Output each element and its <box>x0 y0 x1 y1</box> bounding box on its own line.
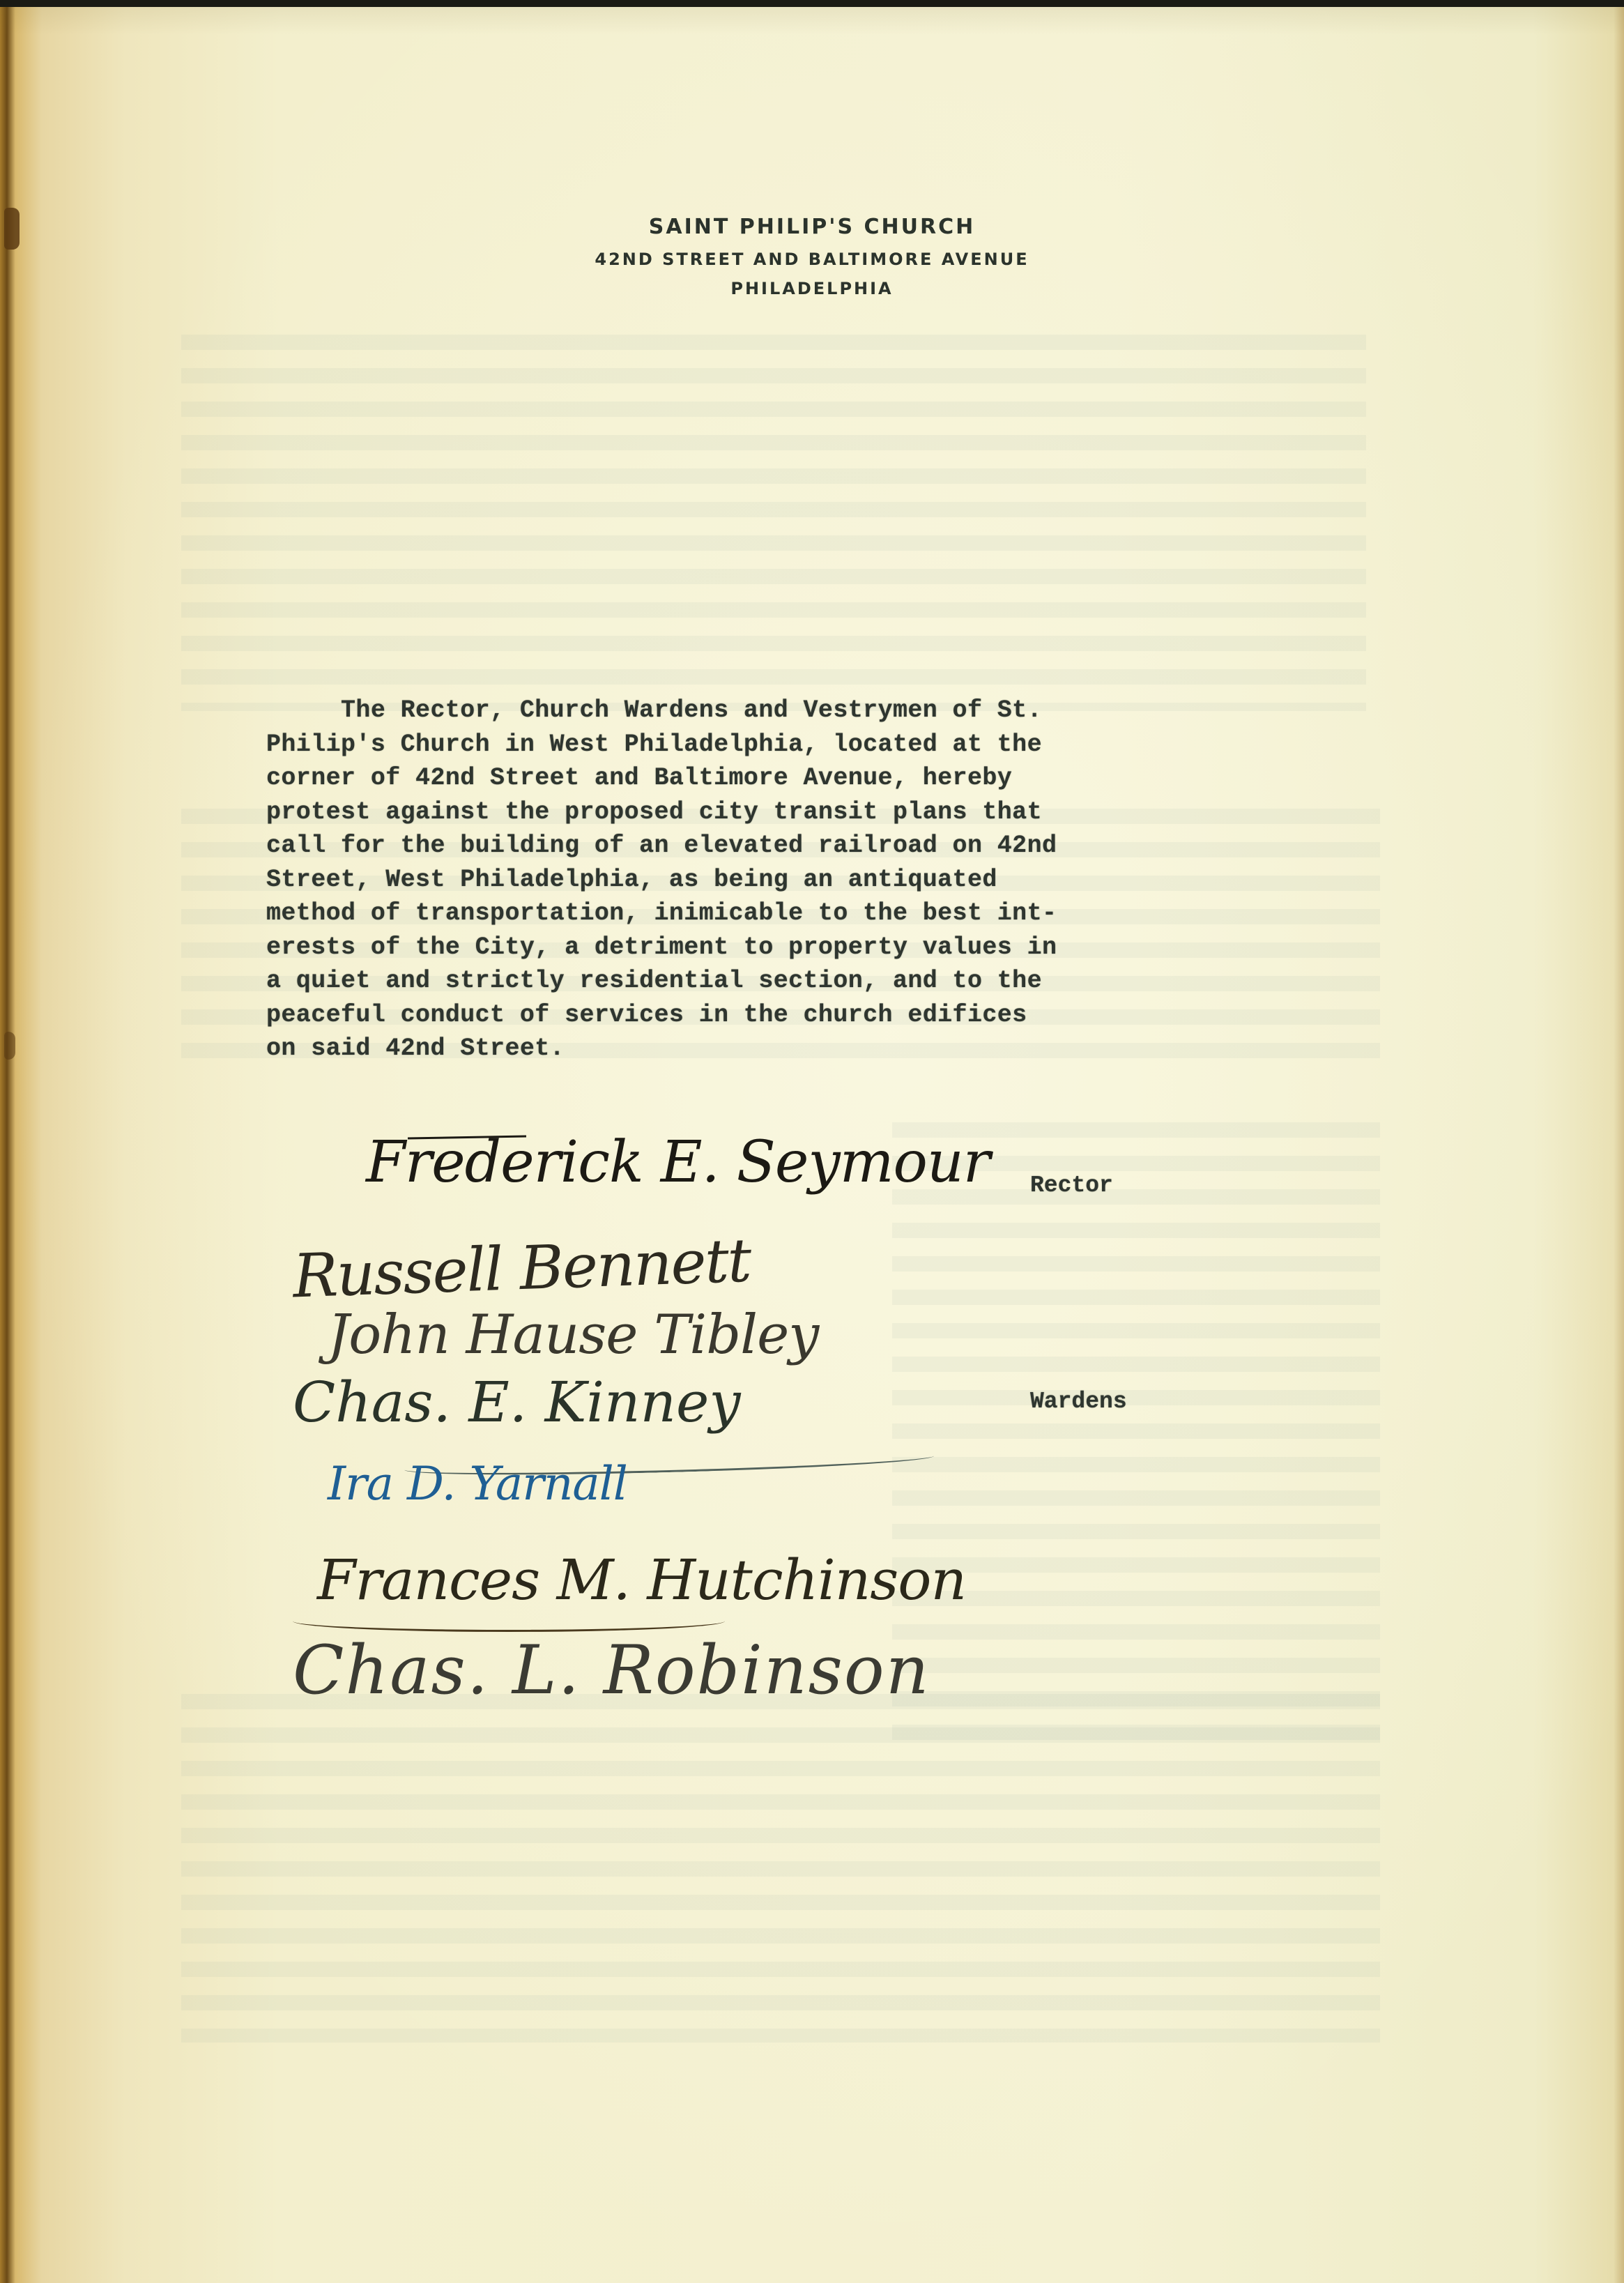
resolution-line: a quiet and strictly residential section… <box>266 964 1214 998</box>
bleed-through-text <box>892 1122 1380 1750</box>
letterhead-address: 42ND STREET AND BALTIMORE AVENUE <box>0 250 1624 269</box>
resolution-line: peaceful conduct of services in the chur… <box>266 998 1214 1032</box>
resolution-line: method of transportation, inimicable to … <box>266 896 1214 931</box>
resolution-line: corner of 42nd Street and Baltimore Aven… <box>266 761 1214 795</box>
resolution-line: Philip's Church in West Philadelphia, lo… <box>266 728 1214 762</box>
bleed-through-text <box>181 1694 1380 2043</box>
document-page: SAINT PHILIP'S CHURCH 42ND STREET AND BA… <box>0 7 1624 2283</box>
role-label-rector: Rector <box>1030 1173 1113 1198</box>
resolution-line: The Rector, Church Wardens and Vestrymen… <box>266 694 1214 728</box>
signature-vestryman-blue-ink: Ira D. Yarnall <box>328 1457 627 1511</box>
role-label-wardens: Wardens <box>1030 1389 1127 1414</box>
resolution-line: Street, West Philadelphia, as being an a… <box>266 863 1214 897</box>
letterhead-city: PHILADELPHIA <box>0 279 1624 298</box>
letterhead-church-name: SAINT PHILIP'S CHURCH <box>0 215 1624 239</box>
resolution-line: erests of the City, a detriment to prope… <box>266 931 1214 965</box>
signature-warden: John Hause Tibley <box>328 1304 818 1366</box>
signature-vestryman: Chas. L. Robinson <box>293 1631 930 1709</box>
signature-warden: Russell Bennett <box>291 1226 751 1312</box>
resolution-paragraph: The Rector, Church Wardens and Vestrymen… <box>266 694 1214 1066</box>
bleed-through-text <box>181 335 1366 711</box>
signature-vestryman: Chas. E. Kinney <box>293 1370 741 1435</box>
signature-rector: Frederick E. Seymour <box>366 1129 990 1196</box>
signature-vestryman: Frances M. Hutchinson <box>317 1548 966 1612</box>
resolution-line: protest against the proposed city transi… <box>266 795 1214 830</box>
signature-flourish <box>293 1610 725 1632</box>
resolution-line: on said 42nd Street. <box>266 1032 1214 1066</box>
binding-stain <box>4 1032 15 1060</box>
resolution-line: call for the building of an elevated rai… <box>266 829 1214 863</box>
